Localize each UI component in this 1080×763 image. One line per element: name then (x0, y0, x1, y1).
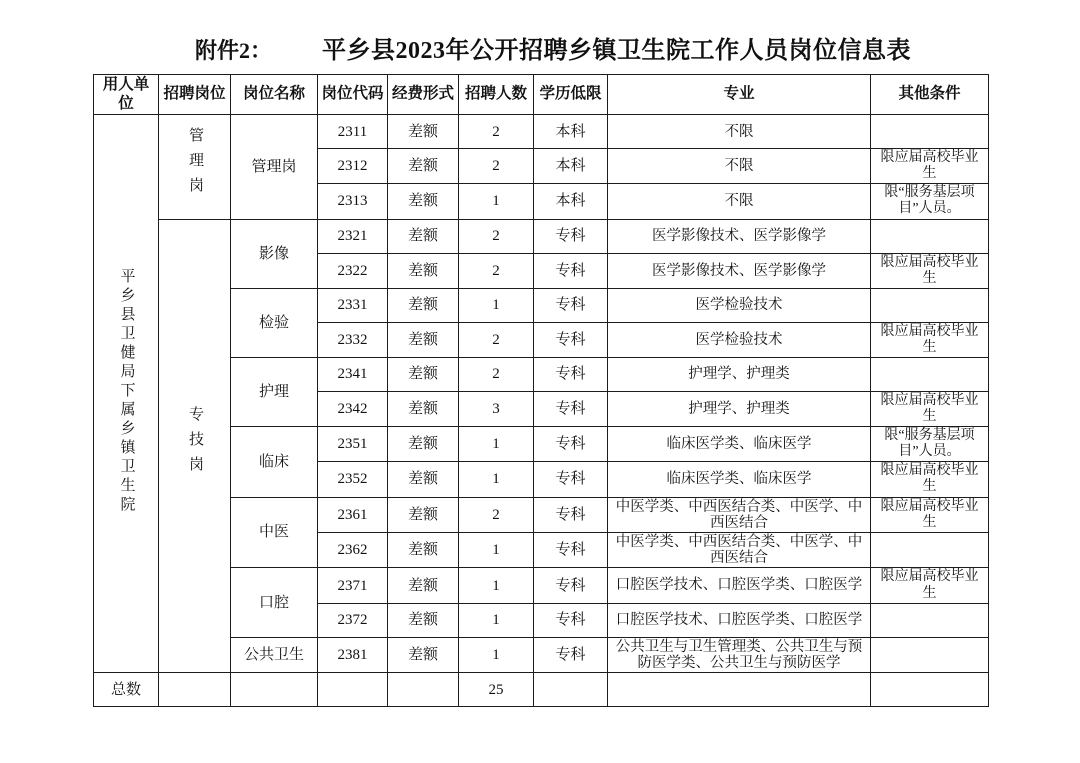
major-cell: 医学检验技术 (608, 288, 871, 322)
document-page: 附件2： 平乡县2023年公开招聘乡镇卫生院工作人员岗位信息表 用人单位招聘岗位… (0, 0, 1080, 763)
education-cell: 专科 (534, 219, 608, 253)
position-cell: 中医 (231, 497, 318, 568)
funding-cell: 差额 (388, 357, 459, 391)
headcount-cell: 2 (459, 322, 534, 357)
position-cell: 护理 (231, 357, 318, 426)
education-cell: 专科 (534, 427, 608, 462)
funding-cell: 差额 (388, 149, 459, 184)
major-cell: 临床医学类、临床医学 (608, 427, 871, 462)
header-cell: 经费形式 (388, 75, 459, 115)
headcount-cell: 1 (459, 427, 534, 462)
other-conditions-cell (871, 357, 989, 391)
other-conditions-cell (871, 532, 989, 567)
headcount-cell: 2 (459, 357, 534, 391)
major-cell: 不限 (608, 115, 871, 149)
major-cell: 医学检验技术 (608, 322, 871, 357)
code-cell: 2351 (318, 427, 388, 462)
headcount-cell: 2 (459, 219, 534, 253)
code-cell: 2322 (318, 253, 388, 288)
education-cell: 专科 (534, 253, 608, 288)
page-title: 平乡县2023年公开招聘乡镇卫生院工作人员岗位信息表 (322, 30, 911, 65)
funding-cell: 差额 (388, 637, 459, 672)
code-cell: 2311 (318, 115, 388, 149)
education-cell: 专科 (534, 637, 608, 672)
code-cell: 2381 (318, 637, 388, 672)
funding-cell: 差额 (388, 532, 459, 567)
position-cell: 口腔 (231, 568, 318, 637)
attachment-label: 附件2： (195, 34, 272, 65)
other-conditions-cell: 限应届高校毕业生 (871, 462, 989, 497)
education-cell: 本科 (534, 184, 608, 219)
other-conditions-cell: 限应届高校毕业生 (871, 149, 989, 184)
header-row: 用人单位招聘岗位岗位名称岗位代码经费形式招聘人数学历低限专业其他条件 (94, 75, 989, 115)
other-conditions-cell: 限应届高校毕业生 (871, 497, 989, 532)
other-conditions-cell: 限应届高校毕业生 (871, 322, 989, 357)
other-conditions-cell: 限应届高校毕业生 (871, 568, 989, 603)
header-cell: 招聘人数 (459, 75, 534, 115)
total-other-cell (871, 673, 989, 707)
header-cell: 专业 (608, 75, 871, 115)
education-cell: 本科 (534, 115, 608, 149)
position-cell: 临床 (231, 427, 318, 497)
code-cell: 2372 (318, 603, 388, 637)
headcount-cell: 1 (459, 603, 534, 637)
headcount-cell: 2 (459, 115, 534, 149)
education-cell: 专科 (534, 288, 608, 322)
code-cell: 2371 (318, 568, 388, 603)
headcount-cell: 1 (459, 568, 534, 603)
code-cell: 2352 (318, 462, 388, 497)
funding-cell: 差额 (388, 603, 459, 637)
title-row: 附件2： 平乡县2023年公开招聘乡镇卫生院工作人员岗位信息表 (195, 30, 1080, 65)
position-cell: 检验 (231, 288, 318, 357)
major-cell: 医学影像技术、医学影像学 (608, 253, 871, 288)
table-header: 用人单位招聘岗位岗位名称岗位代码经费形式招聘人数学历低限专业其他条件 (94, 75, 989, 115)
code-cell: 2341 (318, 357, 388, 391)
headcount-cell: 2 (459, 253, 534, 288)
other-conditions-cell (871, 288, 989, 322)
code-cell: 2321 (318, 219, 388, 253)
major-cell: 不限 (608, 184, 871, 219)
position-cell: 管理岗 (231, 115, 318, 219)
headcount-cell: 1 (459, 462, 534, 497)
position-cell: 公共卫生 (231, 637, 318, 672)
header-cell: 招聘岗位 (159, 75, 231, 115)
position-cell: 影像 (231, 219, 318, 288)
education-cell: 专科 (534, 357, 608, 391)
table-body: 平乡县卫健局下属乡镇卫生院管理岗管理岗2311差额2本科不限2312差额2本科不… (94, 115, 989, 707)
major-cell: 口腔医学技术、口腔医学类、口腔医学 (608, 568, 871, 603)
major-cell: 护理学、护理类 (608, 357, 871, 391)
other-conditions-cell (871, 219, 989, 253)
position-info-table: 用人单位招聘岗位岗位名称岗位代码经费形式招聘人数学历低限专业其他条件 平乡县卫健… (93, 74, 989, 707)
headcount-cell: 2 (459, 149, 534, 184)
other-conditions-cell: 限应届高校毕业生 (871, 391, 989, 426)
headcount-cell: 1 (459, 637, 534, 672)
category-cell: 管理岗 (159, 115, 231, 219)
funding-cell: 差额 (388, 184, 459, 219)
funding-cell: 差额 (388, 568, 459, 603)
category-cell-text: 专技岗 (187, 406, 202, 481)
education-cell: 专科 (534, 568, 608, 603)
other-conditions-cell (871, 637, 989, 672)
total-category-cell (159, 673, 231, 707)
major-cell: 临床医学类、临床医学 (608, 462, 871, 497)
funding-cell: 差额 (388, 322, 459, 357)
funding-cell: 差额 (388, 427, 459, 462)
major-cell: 中医学类、中西医结合类、中医学、中西医结合 (608, 497, 871, 532)
other-conditions-cell: 限“服务基层项目”人员。 (871, 427, 989, 462)
total-major-cell (608, 673, 871, 707)
funding-cell: 差额 (388, 219, 459, 253)
total-row: 总数25 (94, 673, 989, 707)
code-cell: 2312 (318, 149, 388, 184)
education-cell: 专科 (534, 391, 608, 426)
code-cell: 2313 (318, 184, 388, 219)
major-cell: 不限 (608, 149, 871, 184)
employer-cell: 平乡县卫健局下属乡镇卫生院 (94, 115, 159, 673)
table-row: 平乡县卫健局下属乡镇卫生院管理岗管理岗2311差额2本科不限 (94, 115, 989, 149)
other-conditions-cell (871, 603, 989, 637)
major-cell: 护理学、护理类 (608, 391, 871, 426)
funding-cell: 差额 (388, 462, 459, 497)
headcount-cell: 2 (459, 497, 534, 532)
headcount-cell: 1 (459, 288, 534, 322)
major-cell: 口腔医学技术、口腔医学类、口腔医学 (608, 603, 871, 637)
header-cell: 岗位名称 (231, 75, 318, 115)
headcount-cell: 1 (459, 532, 534, 567)
total-funding-cell (388, 673, 459, 707)
total-code-cell (318, 673, 388, 707)
code-cell: 2361 (318, 497, 388, 532)
funding-cell: 差额 (388, 391, 459, 426)
headcount-cell: 1 (459, 184, 534, 219)
headcount-cell: 3 (459, 391, 534, 426)
funding-cell: 差额 (388, 115, 459, 149)
education-cell: 专科 (534, 322, 608, 357)
header-cell: 学历低限 (534, 75, 608, 115)
major-cell: 公共卫生与卫生管理类、公共卫生与预防医学类、公共卫生与预防医学 (608, 637, 871, 672)
total-headcount-cell: 25 (459, 673, 534, 707)
code-cell: 2332 (318, 322, 388, 357)
major-cell: 中医学类、中西医结合类、中医学、中西医结合 (608, 532, 871, 567)
education-cell: 专科 (534, 497, 608, 532)
funding-cell: 差额 (388, 497, 459, 532)
total-position-cell (231, 673, 318, 707)
education-cell: 专科 (534, 603, 608, 637)
other-conditions-cell: 限“服务基层项目”人员。 (871, 184, 989, 219)
category-cell: 专技岗 (159, 219, 231, 673)
header-cell: 其他条件 (871, 75, 989, 115)
education-cell: 专科 (534, 532, 608, 567)
education-cell: 专科 (534, 462, 608, 497)
code-cell: 2331 (318, 288, 388, 322)
education-cell: 本科 (534, 149, 608, 184)
total-label-cell: 总数 (94, 673, 159, 707)
funding-cell: 差额 (388, 253, 459, 288)
employer-cell-text: 平乡县卫健局下属乡镇卫生院 (119, 268, 134, 515)
category-cell-text: 管理岗 (187, 127, 202, 202)
major-cell: 医学影像技术、医学影像学 (608, 219, 871, 253)
code-cell: 2362 (318, 532, 388, 567)
other-conditions-cell (871, 115, 989, 149)
other-conditions-cell: 限应届高校毕业生 (871, 253, 989, 288)
header-cell: 用人单位 (94, 75, 159, 115)
funding-cell: 差额 (388, 288, 459, 322)
header-cell: 岗位代码 (318, 75, 388, 115)
code-cell: 2342 (318, 391, 388, 426)
total-education-cell (534, 673, 608, 707)
table-row: 专技岗影像2321差额2专科医学影像技术、医学影像学 (94, 219, 989, 253)
